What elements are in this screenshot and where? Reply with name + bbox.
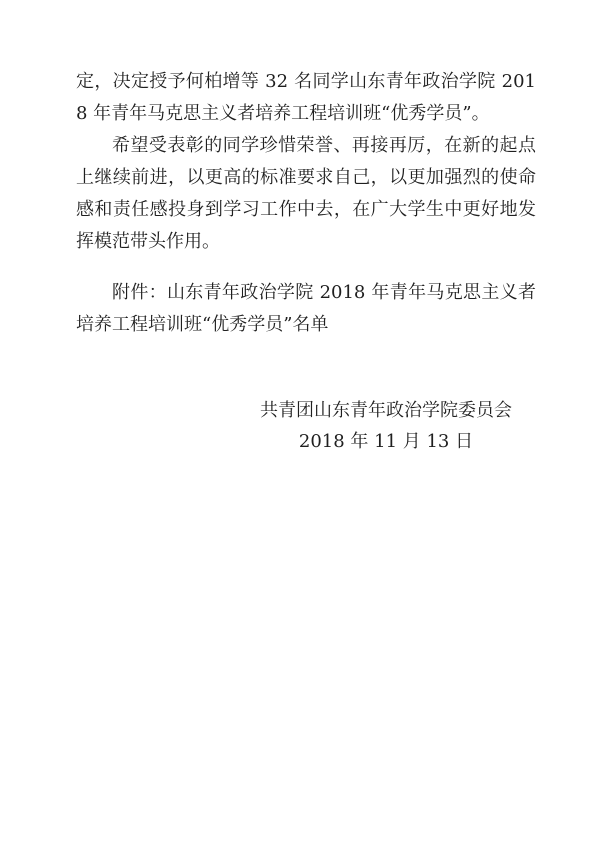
document-page: 定，决定授予何柏增等 32 名同学山东青年政治学院 2018 年青年马克思主义者… [0, 0, 609, 868]
signature-organization: 共青团山东青年政治学院委员会 [260, 395, 512, 426]
signature-date: 2018 年 11 月 13 日 [260, 426, 512, 457]
paragraph-encouragement: 希望受表彰的同学珍惜荣誉、再接再厉，在新的起点上继续前进，以更高的标准要求自己，… [76, 130, 536, 258]
paragraph-attachment-note: 附件：山东青年政治学院 2018 年青年马克思主义者培养工程培训班“优秀学员”名… [76, 277, 536, 341]
signature-block: 共青团山东青年政治学院委员会 2018 年 11 月 13 日 [260, 395, 512, 457]
paragraph-decision-continuation: 定，决定授予何柏增等 32 名同学山东青年政治学院 2018 年青年马克思主义者… [76, 66, 536, 130]
